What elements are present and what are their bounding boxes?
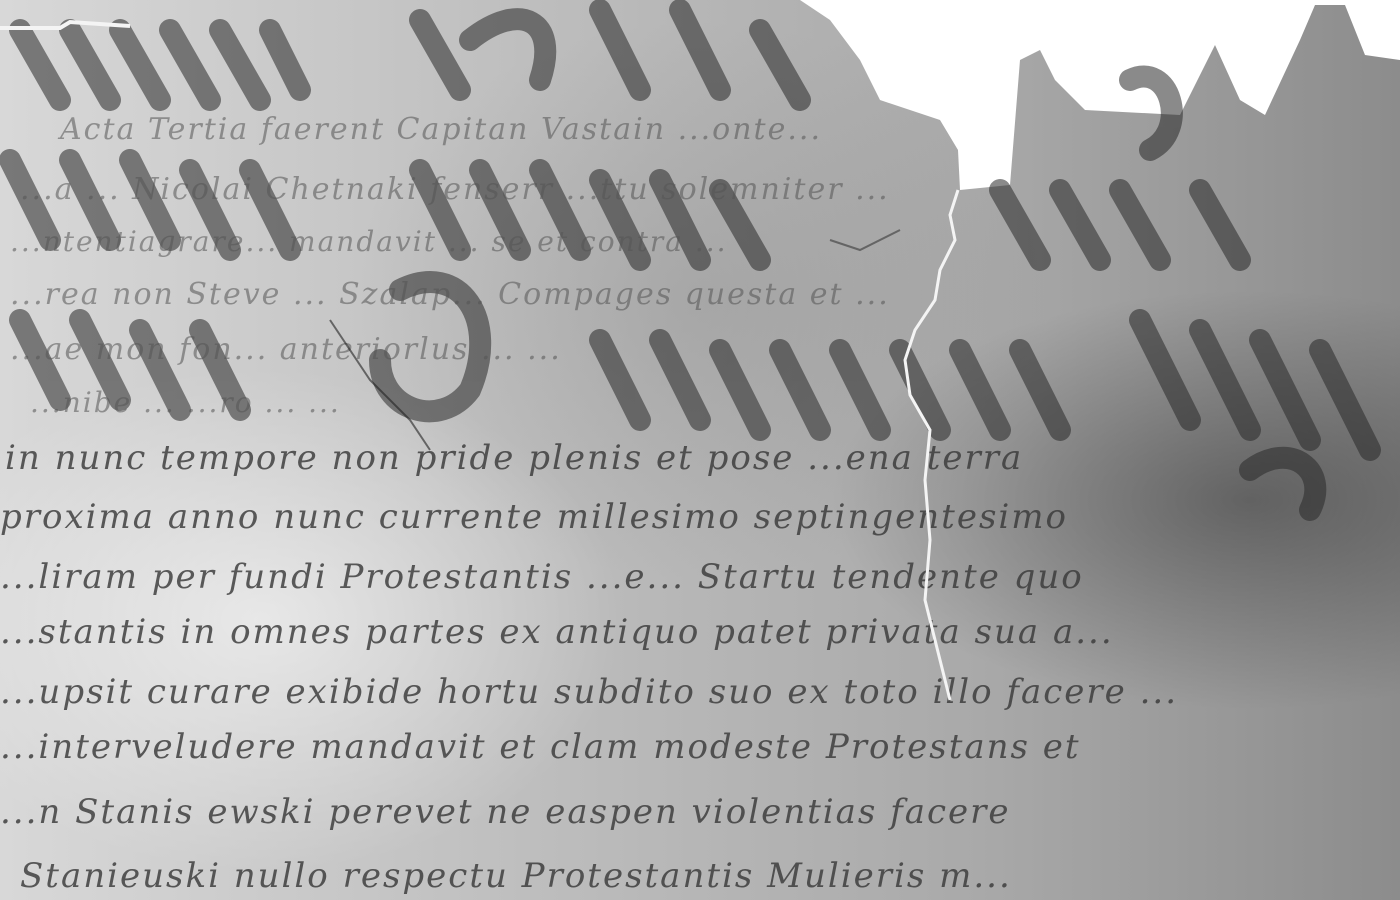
text-line-14: Stanieuski nullo respectu Protestantis M… (20, 856, 1012, 896)
text-line-8: proxima anno nunc currente millesimo sep… (0, 497, 1068, 537)
text-line-10: ...stantis in omnes partes ex antiquo pa… (0, 612, 1114, 652)
text-line-3: ...ntentiagrare... mandavit ... se et co… (10, 225, 728, 258)
text-line-5: ...ae mon fon... anteriorlus ... ... (10, 332, 562, 367)
text-line-2: ...a ... Nicolai Chetnaki fenserr ...ttu… (20, 172, 890, 207)
text-line-1: Acta Tertia faerent Capitan Vastain ...o… (60, 112, 822, 147)
text-line-9: ...liram per fundi Protestantis ...e... … (0, 557, 1084, 597)
text-line-11: ...upsit curare exibide hortu subdito su… (0, 672, 1178, 712)
text-line-6: ...nibe ... ...ro ... ... (30, 386, 341, 419)
text-line-4: ...rea non Steve ... Szalap... Compages … (10, 277, 890, 312)
text-line-12: ...interveludere mandavit et clam modest… (0, 727, 1081, 767)
text-line-13: ...n Stanis ewski perevet ne easpen viol… (0, 792, 1011, 832)
text-line-7: in nunc tempore non pride plenis et pose… (5, 438, 1023, 478)
